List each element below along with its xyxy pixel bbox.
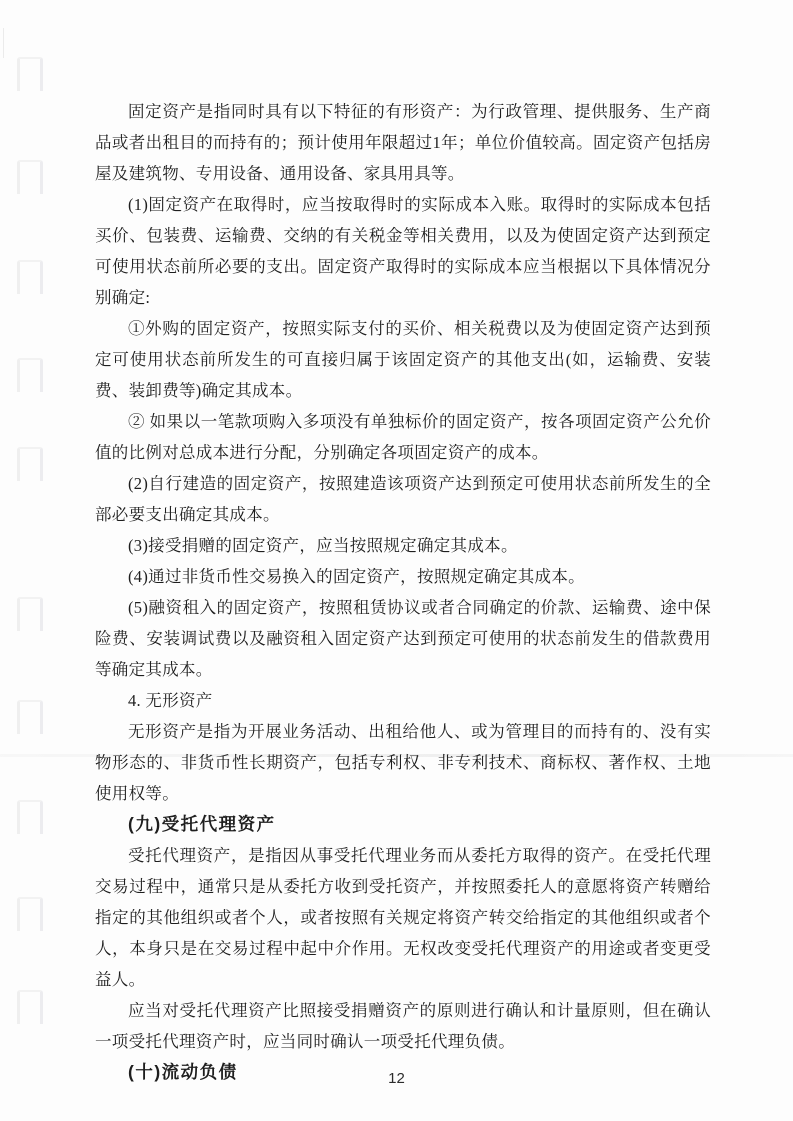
para-entrusted-agency-recognition: 应当对受托代理资产比照接受捐赠资产的原则进行确认和计量原则，但在确认一项受托代理… xyxy=(95,995,711,1057)
binding-mark-artifact xyxy=(17,990,43,1024)
document-page: 固定资产是指同时具有以下特征的有形资产：为行政管理、提供服务、生产商品或者出租目… xyxy=(0,0,793,1121)
para-circle-1-purchased-assets: ①外购的固定资产，按照实际支付的买价、相关税费以及为使固定资产达到预定可使用状态… xyxy=(95,313,711,406)
binding-mark-artifact xyxy=(17,800,43,834)
binding-mark-artifact xyxy=(17,597,43,631)
binding-mark-artifact xyxy=(17,358,43,392)
para-rule-3-donated-assets: (3)接受捐赠的固定资产，应当按照规定确定其成本。 xyxy=(95,530,711,561)
para-circle-2-lump-sum-purchase: ② 如果以一笔款项购入多项没有单独标价的固定资产，按各项固定资产公允价值的比例对… xyxy=(95,406,711,468)
binding-mark-artifact xyxy=(17,447,43,481)
binding-mark-artifact xyxy=(17,160,43,194)
binding-mark-artifact xyxy=(17,700,43,734)
para-entrusted-agency-definition: 受托代理资产，是指因从事受托代理业务而从委托方取得的资产。在受托代理交易过程中，… xyxy=(95,840,711,995)
page-edge-artifact xyxy=(3,28,4,58)
para-acquisition-cost-rule-1: (1)固定资产在取得时，应当按取得时的实际成本入账。取得时的实际成本包括买价、包… xyxy=(95,189,711,313)
para-fixed-asset-definition: 固定资产是指同时具有以下特征的有形资产：为行政管理、提供服务、生产商品或者出租目… xyxy=(95,96,711,189)
binding-mark-artifact xyxy=(17,897,43,931)
para-rule-5-finance-lease: (5)融资租入的固定资产，按照租赁协议或者合同确定的价款、运输费、途中保险费、安… xyxy=(95,592,711,685)
page-number: 12 xyxy=(0,1070,793,1087)
para-intangible-assets-definition: 无形资产是指为开展业务活动、出租给他人、或为管理目的而持有的、没有实物形态的、非… xyxy=(95,716,711,809)
heading-entrusted-agency-assets: (九)受托代理资产 xyxy=(95,809,711,840)
document-text: 固定资产是指同时具有以下特征的有形资产：为行政管理、提供服务、生产商品或者出租目… xyxy=(95,96,711,1088)
para-rule-2-self-constructed: (2)自行建造的固定资产，按照建造该项资产达到预定可使用状态前所发生的全部必要支… xyxy=(95,468,711,530)
subheading-intangible-assets: 4. 无形资产 xyxy=(95,685,711,716)
binding-mark-artifact xyxy=(17,260,43,294)
para-rule-4-nonmonetary-exchange: (4)通过非货币性交易换入的固定资产，按照规定确定其成本。 xyxy=(95,561,711,592)
binding-mark-artifact xyxy=(17,57,43,91)
